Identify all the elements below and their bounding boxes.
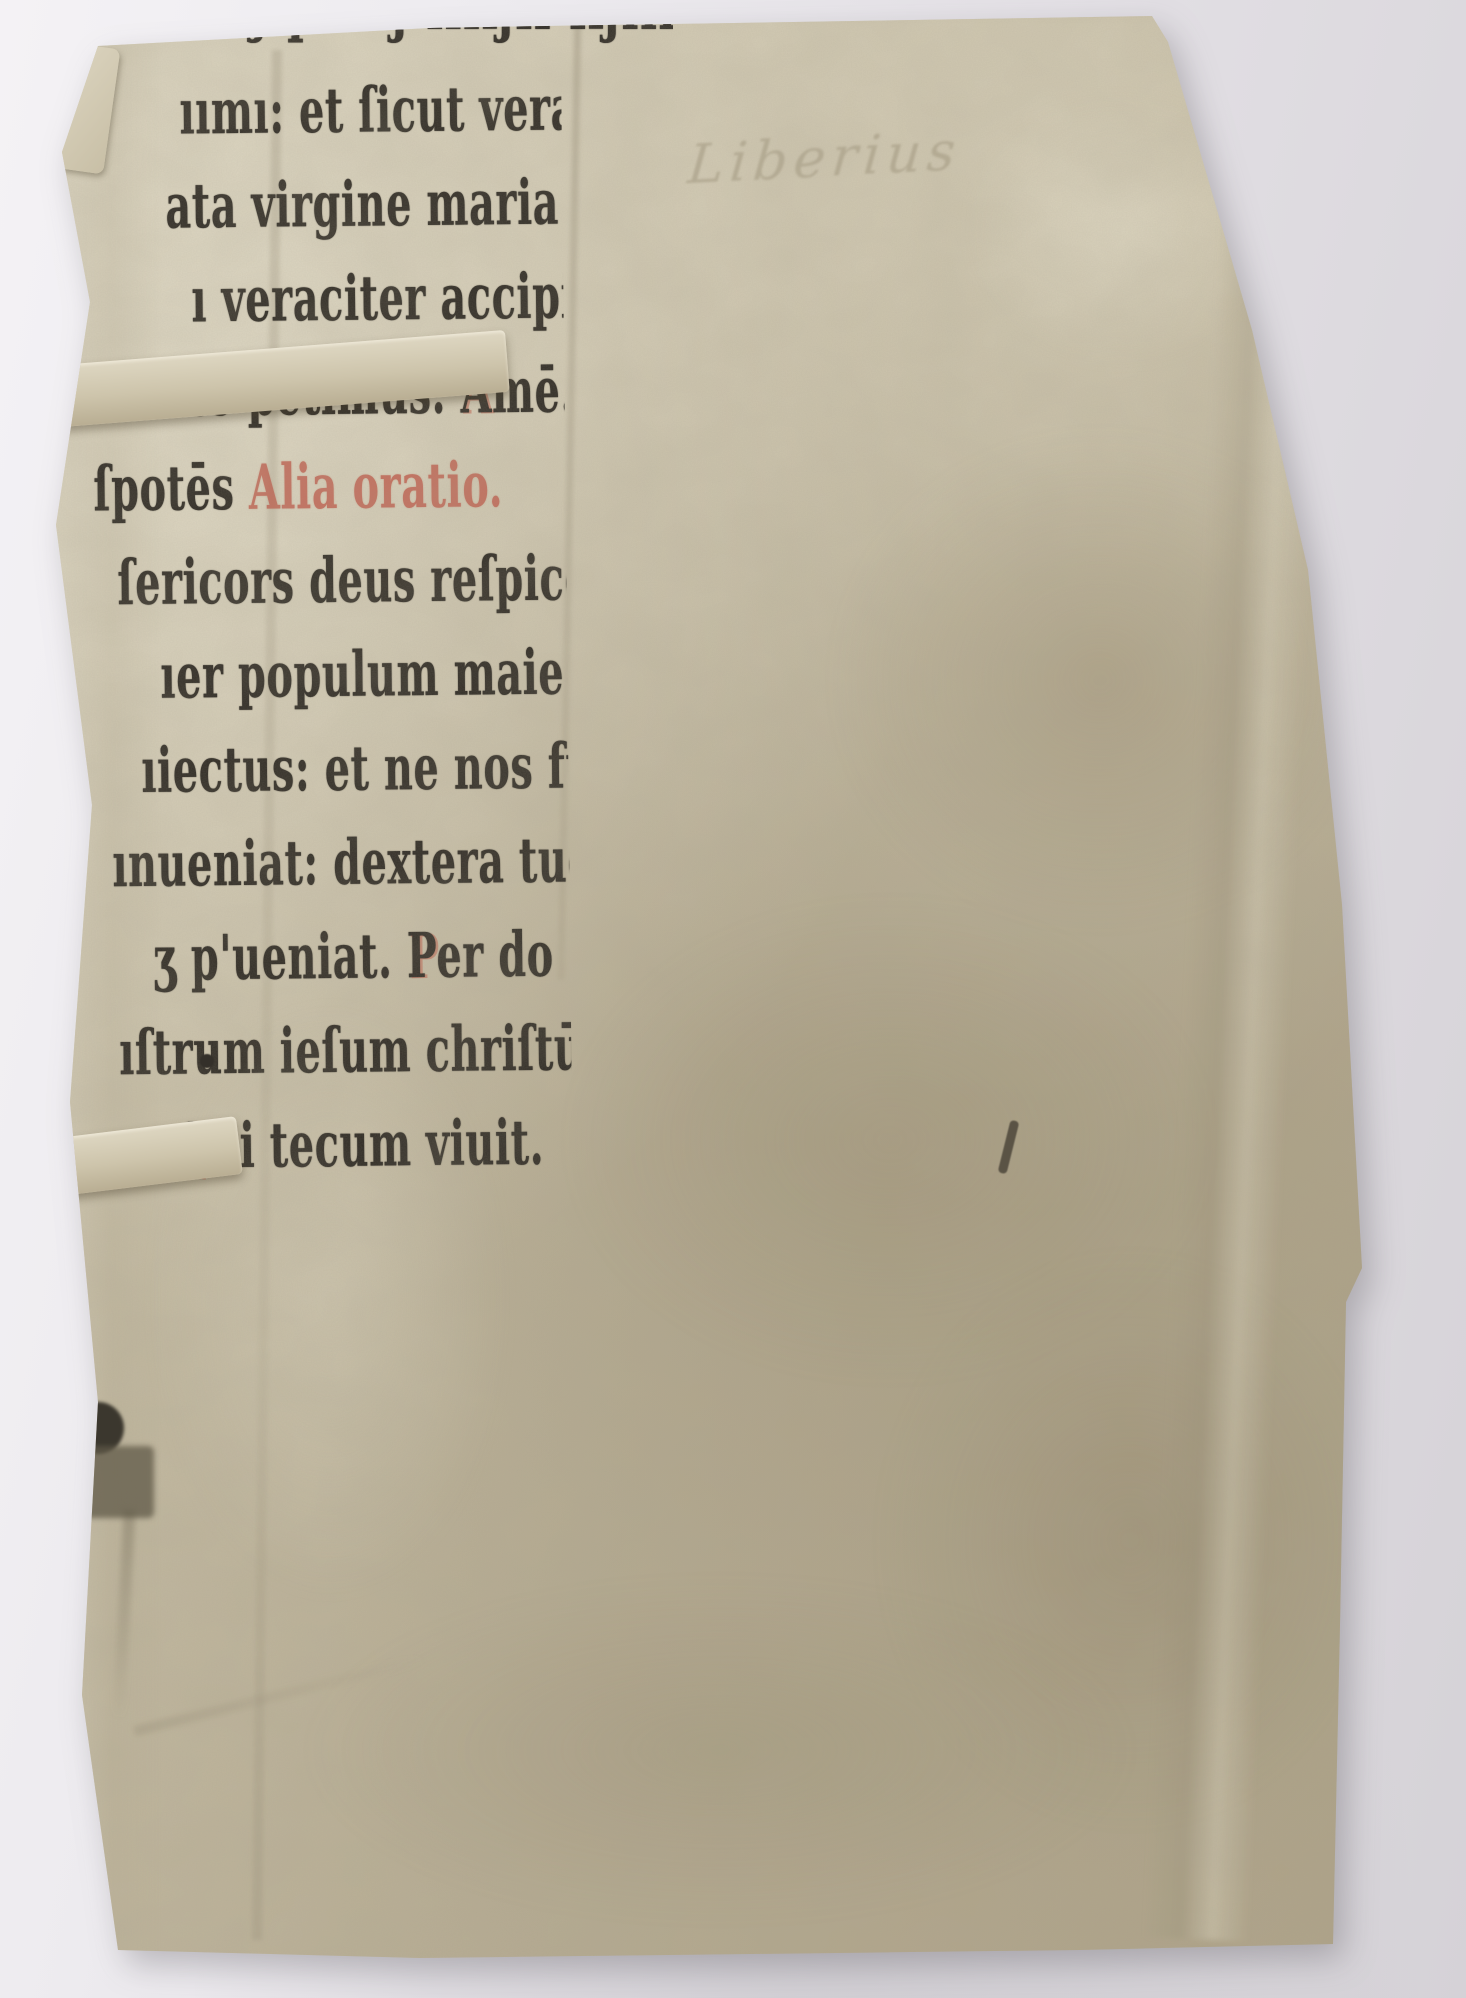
text-line: ſericors deus reſpice (117, 533, 405, 630)
text-segment: P (407, 919, 437, 992)
text-line: ı veraciter accipia= (191, 251, 430, 347)
text-line: ıſtrum ieſum chriſtū (119, 1003, 409, 1100)
clipped-text-line: ıŋıĩıſıŋıpıĩıŋ ıĩıŋıĩ ıŋıĩıŋ p ıŋ (88, 0, 673, 54)
text-segment: ata virgine maria (165, 166, 559, 243)
text-segment: ıer populum maie= (160, 635, 573, 713)
text-line: ınueniat: dextera tue (112, 815, 405, 912)
text-line: ata virgine maria (165, 157, 420, 254)
stitch-slit (1308, 446, 1320, 492)
text-line: ʒ p'ueniat. Per do (153, 909, 421, 1006)
rubric-text: Alia oratio. (249, 448, 504, 524)
text-segment: ſpotēs (93, 451, 249, 526)
text-segment: ʒ p'ueniat. (153, 919, 407, 995)
text-segment: ınueniat: dextera tue (112, 823, 573, 901)
text-segment: er do (436, 918, 554, 992)
text-segment: ı veraciter accipia= (191, 259, 573, 337)
clipped-text: ıŋıĩıſıŋıpıĩıŋ ıĩıŋıĩ ıŋıĩıŋ p ıŋ (88, 0, 673, 45)
text-line: ıiectus: et ne nos fu= (141, 721, 415, 818)
text-segment: ıımı: et ſicut vera3 (179, 71, 573, 148)
printed-text-block: ıımı: et ſicut vera3ata virgine mariaı v… (89, 62, 573, 1217)
text-segment: ıiectus: et ne nos fu= (141, 729, 573, 807)
photo-background: ıŋıĩıſıŋıpıĩıŋ ıĩıŋıĩ ıŋıĩıŋ p ıŋ ıımı: … (0, 0, 1466, 1998)
text-segment: ſericors deus reſpice (117, 541, 573, 619)
ink-blot (72, 1402, 124, 1454)
text-segment: ıſtrum ieſum chriſtū (119, 1011, 573, 1089)
text-segment: ui tecum viuit. (210, 1106, 545, 1182)
ink-dot (200, 1054, 214, 1068)
book: ıŋıĩıſıŋıpıĩıŋ ıĩıŋıĩ ıŋıĩıŋ p ıŋ ıımı: … (0, 0, 1466, 1998)
text-line: ıer populum maie= (160, 627, 421, 724)
text-line: ſpotēs Alia oratio. (93, 439, 396, 536)
vellum-cover: ıŋıĩıſıŋıpıĩıŋ ıĩıŋıĩ ıŋıĩıŋ p ıŋ ıımı: … (0, 0, 1466, 1998)
text-line: ıımı: et ſicut vera3 (179, 63, 424, 160)
